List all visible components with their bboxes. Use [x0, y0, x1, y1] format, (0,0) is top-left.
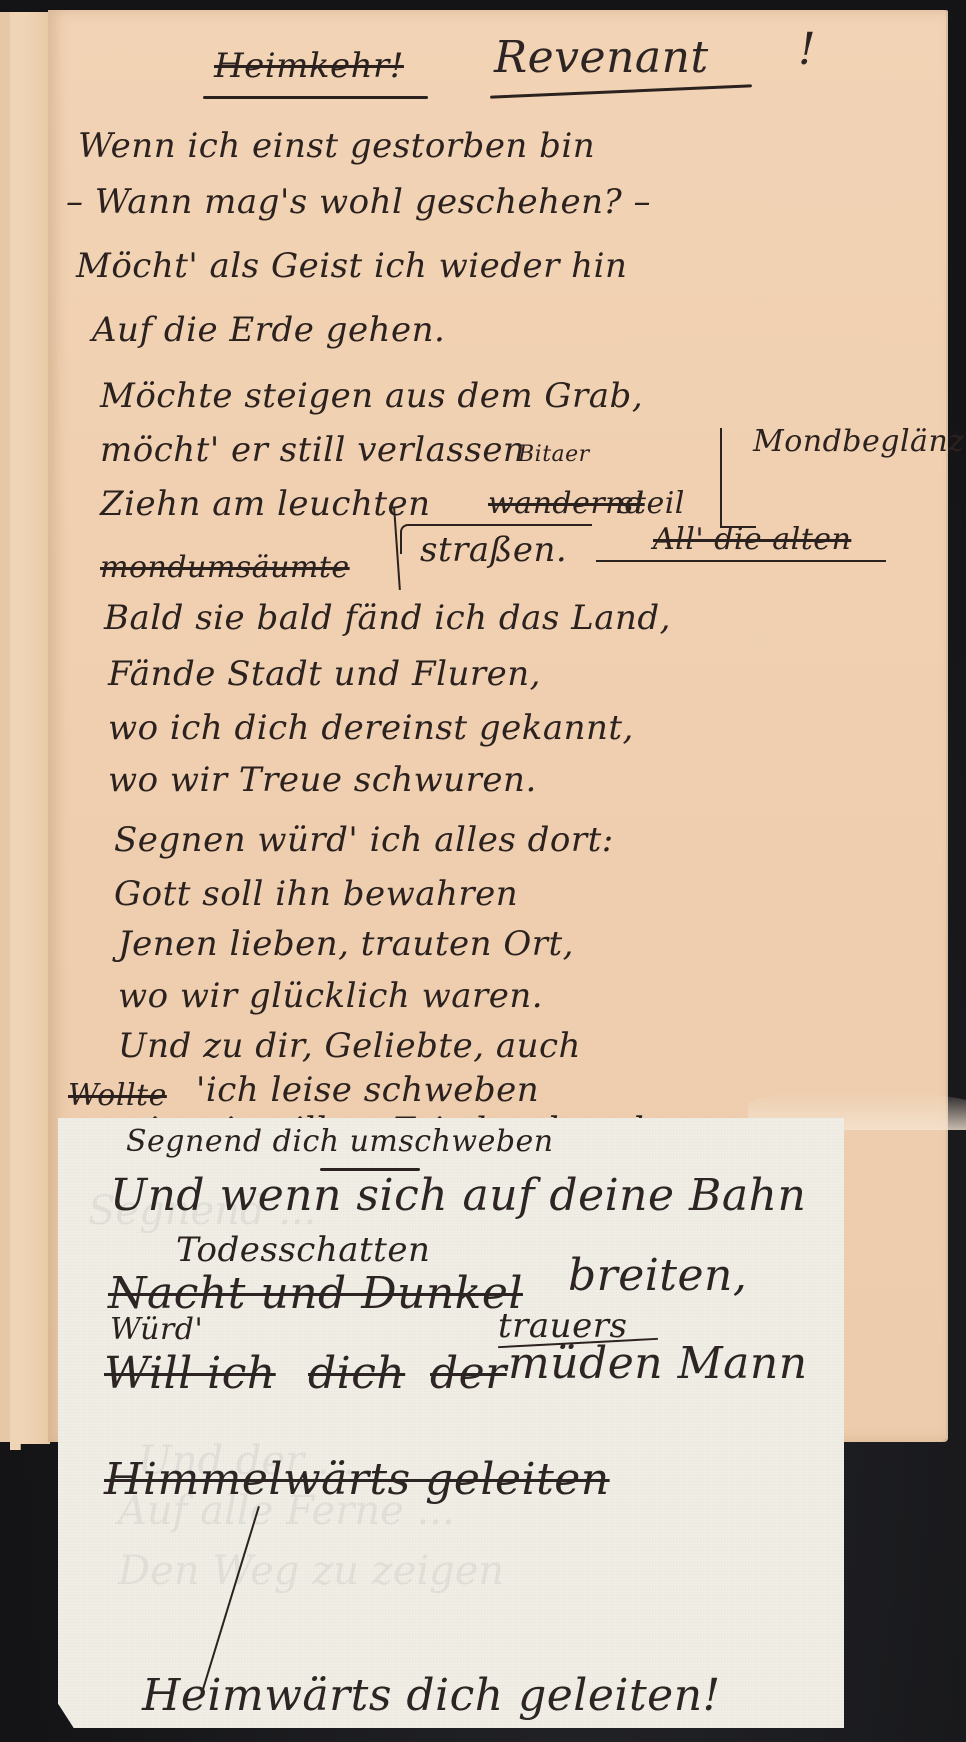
- insertion-above: Würd': [110, 1312, 203, 1347]
- poem-line: wo ich dich dereinst gekannt,: [108, 708, 634, 748]
- title-exclamation: !: [798, 24, 816, 75]
- poem-line: Jenen lieben, trauten Ort,: [118, 924, 574, 964]
- insertion-above: Todesschatten: [176, 1230, 430, 1270]
- title-underline: [203, 96, 428, 99]
- poem-line: Möchte steigen aus dem Grab,: [100, 376, 643, 416]
- slip-word: breiten,: [568, 1250, 747, 1301]
- poem-line: Segnen würd' ich alles dort:: [114, 820, 614, 860]
- slip-line: Und wenn sich auf deine Bahn: [110, 1170, 806, 1221]
- insert-bracket: [596, 560, 886, 562]
- poem-line: Wenn ich einst gestorben bin: [78, 126, 595, 166]
- poem-line: Auf die Erde gehen.: [92, 310, 445, 350]
- slip-line: Segnend dich umschweben: [126, 1124, 554, 1159]
- slip-word: müden Mann: [508, 1338, 808, 1389]
- margin-note: Mondbeglänzte: [753, 424, 966, 459]
- poem-line: 'ich leise schweben: [196, 1070, 539, 1110]
- slip-line: Heimwärts dich geleiten!: [142, 1670, 721, 1721]
- struck-title: Heimkehr!: [214, 46, 404, 86]
- title-underline: [490, 84, 752, 98]
- title: Revenant: [494, 32, 709, 83]
- insertion-above: Bitaer: [518, 442, 590, 467]
- poem-line: Bald sie bald fänd ich das Land,: [104, 598, 671, 638]
- struck-word: mondumsäumte: [100, 550, 350, 585]
- struck-word: Will ich: [104, 1348, 276, 1399]
- insert-bracket: [590, 524, 592, 526]
- poem-line: – Wann mag's wohl geschehen? –: [66, 182, 651, 222]
- poem-line: wo wir Treue schwuren.: [108, 760, 537, 800]
- poem-line: möcht' er still verlassen: [100, 430, 525, 470]
- poem-line: Und zu dir, Geliebte, auch: [118, 1026, 581, 1066]
- poem-line: Möcht' als Geist ich wieder hin: [76, 246, 627, 286]
- poem-line: Ziehn am leuchten: [100, 484, 431, 524]
- page-edge: [20, 12, 50, 1444]
- poem-line: Gott soll ihn bewahren: [114, 874, 518, 914]
- poem-line: wo wir glücklich waren.: [118, 976, 543, 1016]
- struck-word: Wollte: [68, 1078, 167, 1113]
- struck-phrase: All' die alten: [653, 522, 851, 557]
- poem-word: steil: [618, 486, 685, 521]
- struck-word: dich: [308, 1348, 405, 1399]
- poem-line: Fände Stadt und Fluren,: [108, 654, 541, 694]
- bleed-through-text: Den Weg zu zeigen: [118, 1548, 504, 1594]
- margin-bracket: [720, 428, 722, 526]
- pasted-paper-slip: Segnend ... Und der ... Auf alle Ferne .…: [58, 1118, 844, 1728]
- struck-phrase: Himmelwärts geleiten: [104, 1454, 610, 1505]
- poem-line: straßen.: [420, 530, 567, 570]
- struck-word: der: [430, 1348, 507, 1399]
